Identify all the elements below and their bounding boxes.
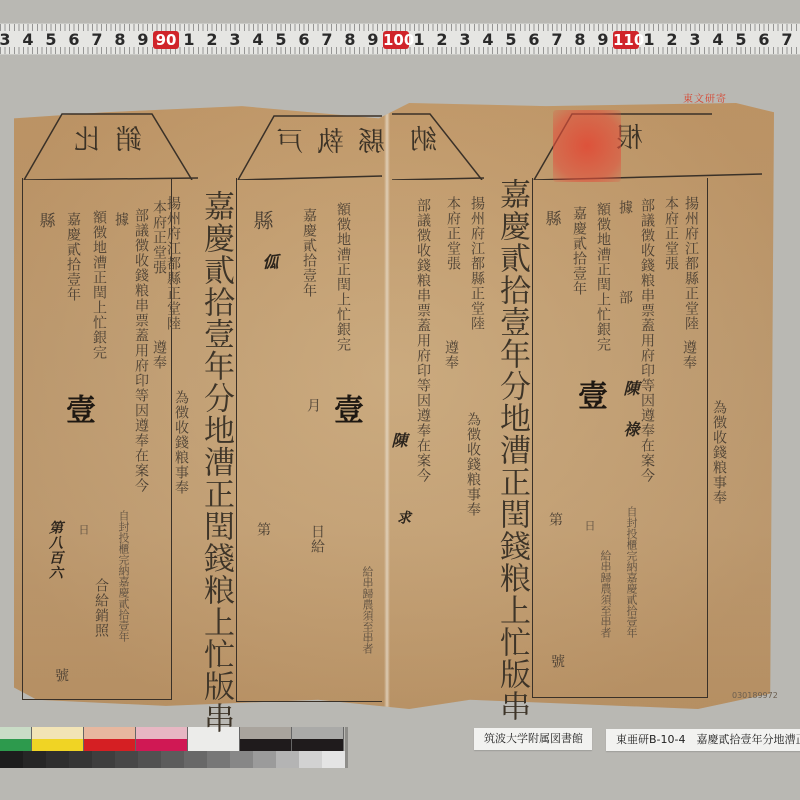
- color-chart-saturated-row: [0, 739, 345, 751]
- panel1-combine: 合給銷照: [94, 578, 108, 638]
- color-chart-grayscale-row: [0, 751, 345, 768]
- panel4-give: 給串歸農須至串者: [600, 550, 611, 638]
- ruler-major-number: 90: [153, 31, 179, 49]
- gray-step-swatch: [92, 751, 115, 768]
- panel2-levy: 額徴地漕正閏上忙銀完: [336, 202, 350, 352]
- panel3-header: 納: [392, 112, 542, 180]
- gray-step-swatch: [23, 751, 46, 768]
- ruler-number: 4: [247, 31, 269, 49]
- library-label: 筑波大学附属図書館: [474, 728, 592, 750]
- panel4-main-title: 嘉慶貳拾壹年分地漕正閏錢粮上忙版串: [496, 178, 527, 688]
- color-calibration-chart: [0, 727, 348, 768]
- ruler-number: 6: [523, 31, 545, 49]
- panel1-ministry-text: 部議徴收錢粮串票蓋用府印等因遵奉在案今: [134, 208, 148, 678]
- panel3-handwritten-chen: 陳: [390, 432, 406, 451]
- ruler-number: 9: [592, 31, 614, 49]
- ruler-number: 7: [86, 31, 108, 49]
- ruler-number: 8: [109, 31, 131, 49]
- panel1-county: 縣: [38, 212, 54, 231]
- panel3-purpose: 為徴收錢粮事奉: [466, 412, 480, 517]
- ruler-number: 9: [132, 31, 154, 49]
- panel1-prefecture: 揚州府江都縣正堂陸: [166, 196, 180, 331]
- ruler-number: 7: [546, 31, 568, 49]
- ruler-number: 6: [753, 31, 775, 49]
- panel2-number: 第: [256, 522, 270, 537]
- panel4-self-seal: 自封投櫃完納嘉慶貳拾壹年: [626, 506, 637, 638]
- panel1-respect: 遵奉: [152, 340, 166, 370]
- gray-step-swatch: [322, 751, 345, 768]
- panel3-ministry-text: 部議徴收錢粮串票蓋用府印等因遵奉在案今: [416, 198, 430, 668]
- color-swatch: [84, 727, 136, 739]
- panel3-give: 給串歸農須至串者: [362, 566, 373, 654]
- ruler-major-number: 110: [613, 31, 639, 49]
- panel4-stamp-char: 壹: [574, 380, 604, 410]
- color-swatch: [0, 727, 32, 739]
- panel4-dept: 部: [618, 290, 632, 305]
- ruler-number: 3: [684, 31, 706, 49]
- ruler-number: 1: [638, 31, 660, 49]
- ruler-number: 5: [730, 31, 752, 49]
- item-label: 東亜研B-10-4 嘉慶貳拾壹年分地漕正閏錢糧: [606, 729, 800, 751]
- panel2-month: 月: [306, 398, 320, 413]
- panel4-frame: [532, 178, 708, 698]
- gray-step-swatch: [230, 751, 253, 768]
- panel2-give: 日給: [310, 524, 324, 554]
- color-swatch: [240, 727, 292, 739]
- gray-step-swatch: [115, 751, 138, 768]
- ruler-number: 1: [178, 31, 200, 49]
- panel1-header-label: 銷比: [60, 118, 142, 157]
- red-seal-stamp: [553, 110, 621, 182]
- red-ink-annotation: 東文研寄: [683, 90, 727, 105]
- panel4-year: 嘉慶貳拾壹年: [572, 206, 586, 296]
- gray-step-swatch: [276, 751, 299, 768]
- panel4-number: 第: [548, 512, 562, 527]
- ruler-number: 2: [201, 31, 223, 49]
- gray-step-swatch: [253, 751, 276, 768]
- color-swatch: [136, 727, 188, 739]
- panel4-hao: 號: [550, 654, 564, 669]
- ruler-number: 5: [40, 31, 62, 49]
- panel1-self-seal: 自封投櫃完納嘉慶貳拾壹年: [118, 510, 129, 642]
- panel4-prefecture: 揚州府江都縣正堂陸: [684, 196, 698, 331]
- ruler-number: 3: [224, 31, 246, 49]
- panel1-levy: 額徴地漕正閏上忙銀完: [92, 210, 106, 360]
- panel1-hao: 號: [54, 668, 68, 683]
- color-swatch: [32, 727, 84, 739]
- panel4-according: 據: [618, 200, 632, 215]
- ruler-number: 7: [776, 31, 798, 49]
- panel4-county: 縣: [544, 210, 560, 229]
- gray-step-swatch: [138, 751, 161, 768]
- ruler-number: 4: [707, 31, 729, 49]
- gray-step-swatch: [207, 751, 230, 768]
- panel3-handwritten-qiu: 求: [396, 510, 410, 525]
- ruler-number: 8: [569, 31, 591, 49]
- panel2-handwritten: 𠇗: [262, 254, 278, 273]
- panel1-day: 日: [78, 524, 89, 535]
- gray-step-swatch: [299, 751, 322, 768]
- gray-step-swatch: [0, 751, 23, 768]
- ruler-number: 2: [431, 31, 453, 49]
- panel3-respect: 遵奉: [444, 340, 458, 370]
- panel1-serial-number: 第八百六: [48, 520, 62, 580]
- gray-step-swatch: [161, 751, 184, 768]
- ruler-number: 6: [63, 31, 85, 49]
- ruler-number: 8: [339, 31, 361, 49]
- panel2-year: 嘉慶貳拾壹年: [302, 208, 316, 298]
- ruler-number: 4: [17, 31, 39, 49]
- ruler-number: 2: [661, 31, 683, 49]
- color-swatch: [188, 739, 240, 751]
- color-swatch: [292, 739, 344, 751]
- measuring-ruler: 3456789901234567891001234567891101234567: [0, 23, 800, 55]
- panel2-county: 縣: [252, 210, 272, 233]
- panel4-handwritten: 陳 祿: [622, 380, 638, 440]
- panel2-header-label: 縣執戸: [262, 120, 385, 159]
- ruler-number: 1: [408, 31, 430, 49]
- color-swatch: [136, 739, 188, 751]
- color-swatch: [84, 739, 136, 751]
- color-swatch: [240, 739, 292, 751]
- panel1-year: 嘉慶貳拾壹年: [66, 212, 80, 302]
- panel1-prefect: 本府正堂張: [152, 200, 166, 275]
- ruler-number: 6: [293, 31, 315, 49]
- panel3-header-label: 納: [396, 118, 437, 157]
- ruler-number: 7: [316, 31, 338, 49]
- panel2-stamp-char: 壹: [330, 394, 360, 424]
- ruler-number: 3: [0, 31, 16, 49]
- color-swatch: [0, 739, 32, 751]
- ruler-major-number: 100: [383, 31, 409, 49]
- panel1-purpose: 為徴收錢粮事奉: [174, 390, 188, 495]
- panel1-stamp-char: 壹: [62, 394, 92, 424]
- ruler-number: 5: [270, 31, 292, 49]
- panel4-levy: 額徴地漕正閏上忙銀完: [596, 202, 610, 352]
- panel3-prefect: 本府正堂張: [446, 196, 460, 271]
- gray-step-swatch: [184, 751, 207, 768]
- panel4-day: 日: [584, 520, 595, 531]
- panel1-header: 銷比: [22, 112, 198, 180]
- ruler-number: 9: [362, 31, 384, 49]
- ruler-number: 5: [500, 31, 522, 49]
- panel4-prefect: 本府正堂張: [664, 196, 678, 271]
- gray-step-swatch: [69, 751, 92, 768]
- color-swatch: [32, 739, 84, 751]
- panel2-main-title: 嘉慶貳拾壹年分地漕正閏錢粮上忙版串: [200, 190, 231, 700]
- ruler-number: 4: [477, 31, 499, 49]
- catalog-number: 030189972: [732, 691, 778, 700]
- panel2-header: 縣執戸: [236, 114, 382, 182]
- center-fold-tear: [384, 100, 390, 712]
- gray-step-swatch: [46, 751, 69, 768]
- color-swatch: [292, 727, 344, 739]
- panel4-respect: 遵奉: [682, 340, 696, 370]
- panel3-prefecture: 揚州府江都縣正堂陸: [470, 196, 484, 331]
- panel4-purpose: 為徴收錢粮事奉: [712, 400, 726, 505]
- ruler-number: 3: [454, 31, 476, 49]
- panel4-ministry-text: 部議徴收錢粮串票蓋用府印等因遵奉在案今: [640, 198, 654, 668]
- panel1-according: 據: [114, 212, 128, 227]
- color-chart-pastel-row: [0, 727, 345, 739]
